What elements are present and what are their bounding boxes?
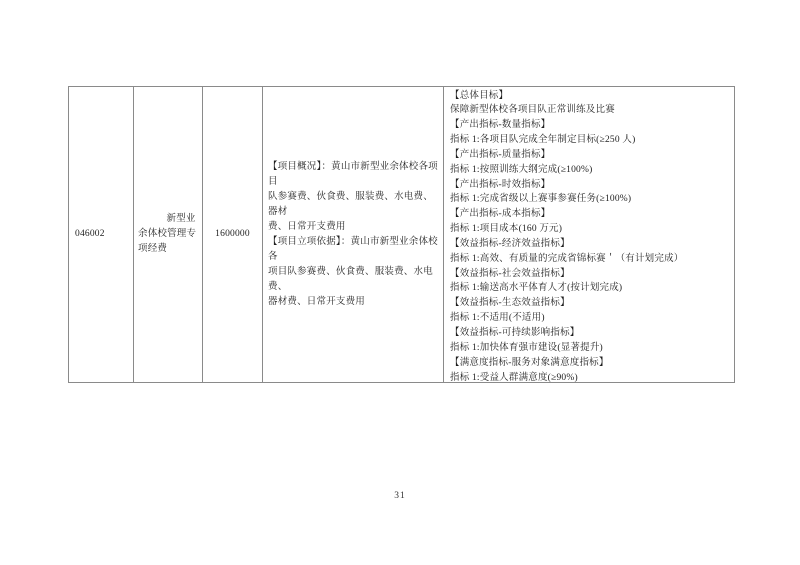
project-name-cell: 新型业 余体校管理专 项经费 [134, 87, 203, 382]
budget-amount: 1600000 [215, 227, 250, 242]
project-name: 新型业 余体校管理专 项经费 [134, 212, 202, 256]
project-overview-text: 【项目概况】：黄山市新型业余体校各项目 队参赛费、伙食费、服装费、水电费、器材 … [263, 160, 443, 310]
performance-indicators-text: 【总体目标】 保障新型体校各项目队正常训练及比赛 【产出指标-数量指标】 指标 … [450, 89, 730, 386]
project-code: 046002 [75, 227, 105, 242]
budget-amount-cell: 1600000 [203, 87, 263, 382]
performance-indicators-cell: 【总体目标】 保障新型体校各项目队正常训练及比赛 【产出指标-数量指标】 指标 … [444, 87, 734, 382]
project-overview-cell: 【项目概况】：黄山市新型业余体校各项目 队参赛费、伙食费、服装费、水电费、器材 … [263, 87, 444, 382]
page-number: 31 [0, 491, 800, 501]
document-page: 046002 新型业 余体校管理专 项经费 1600000 【项目概况】：黄山市… [0, 0, 800, 565]
budget-table: 046002 新型业 余体校管理专 项经费 1600000 【项目概况】：黄山市… [68, 86, 735, 383]
project-code-cell: 046002 [69, 87, 134, 382]
